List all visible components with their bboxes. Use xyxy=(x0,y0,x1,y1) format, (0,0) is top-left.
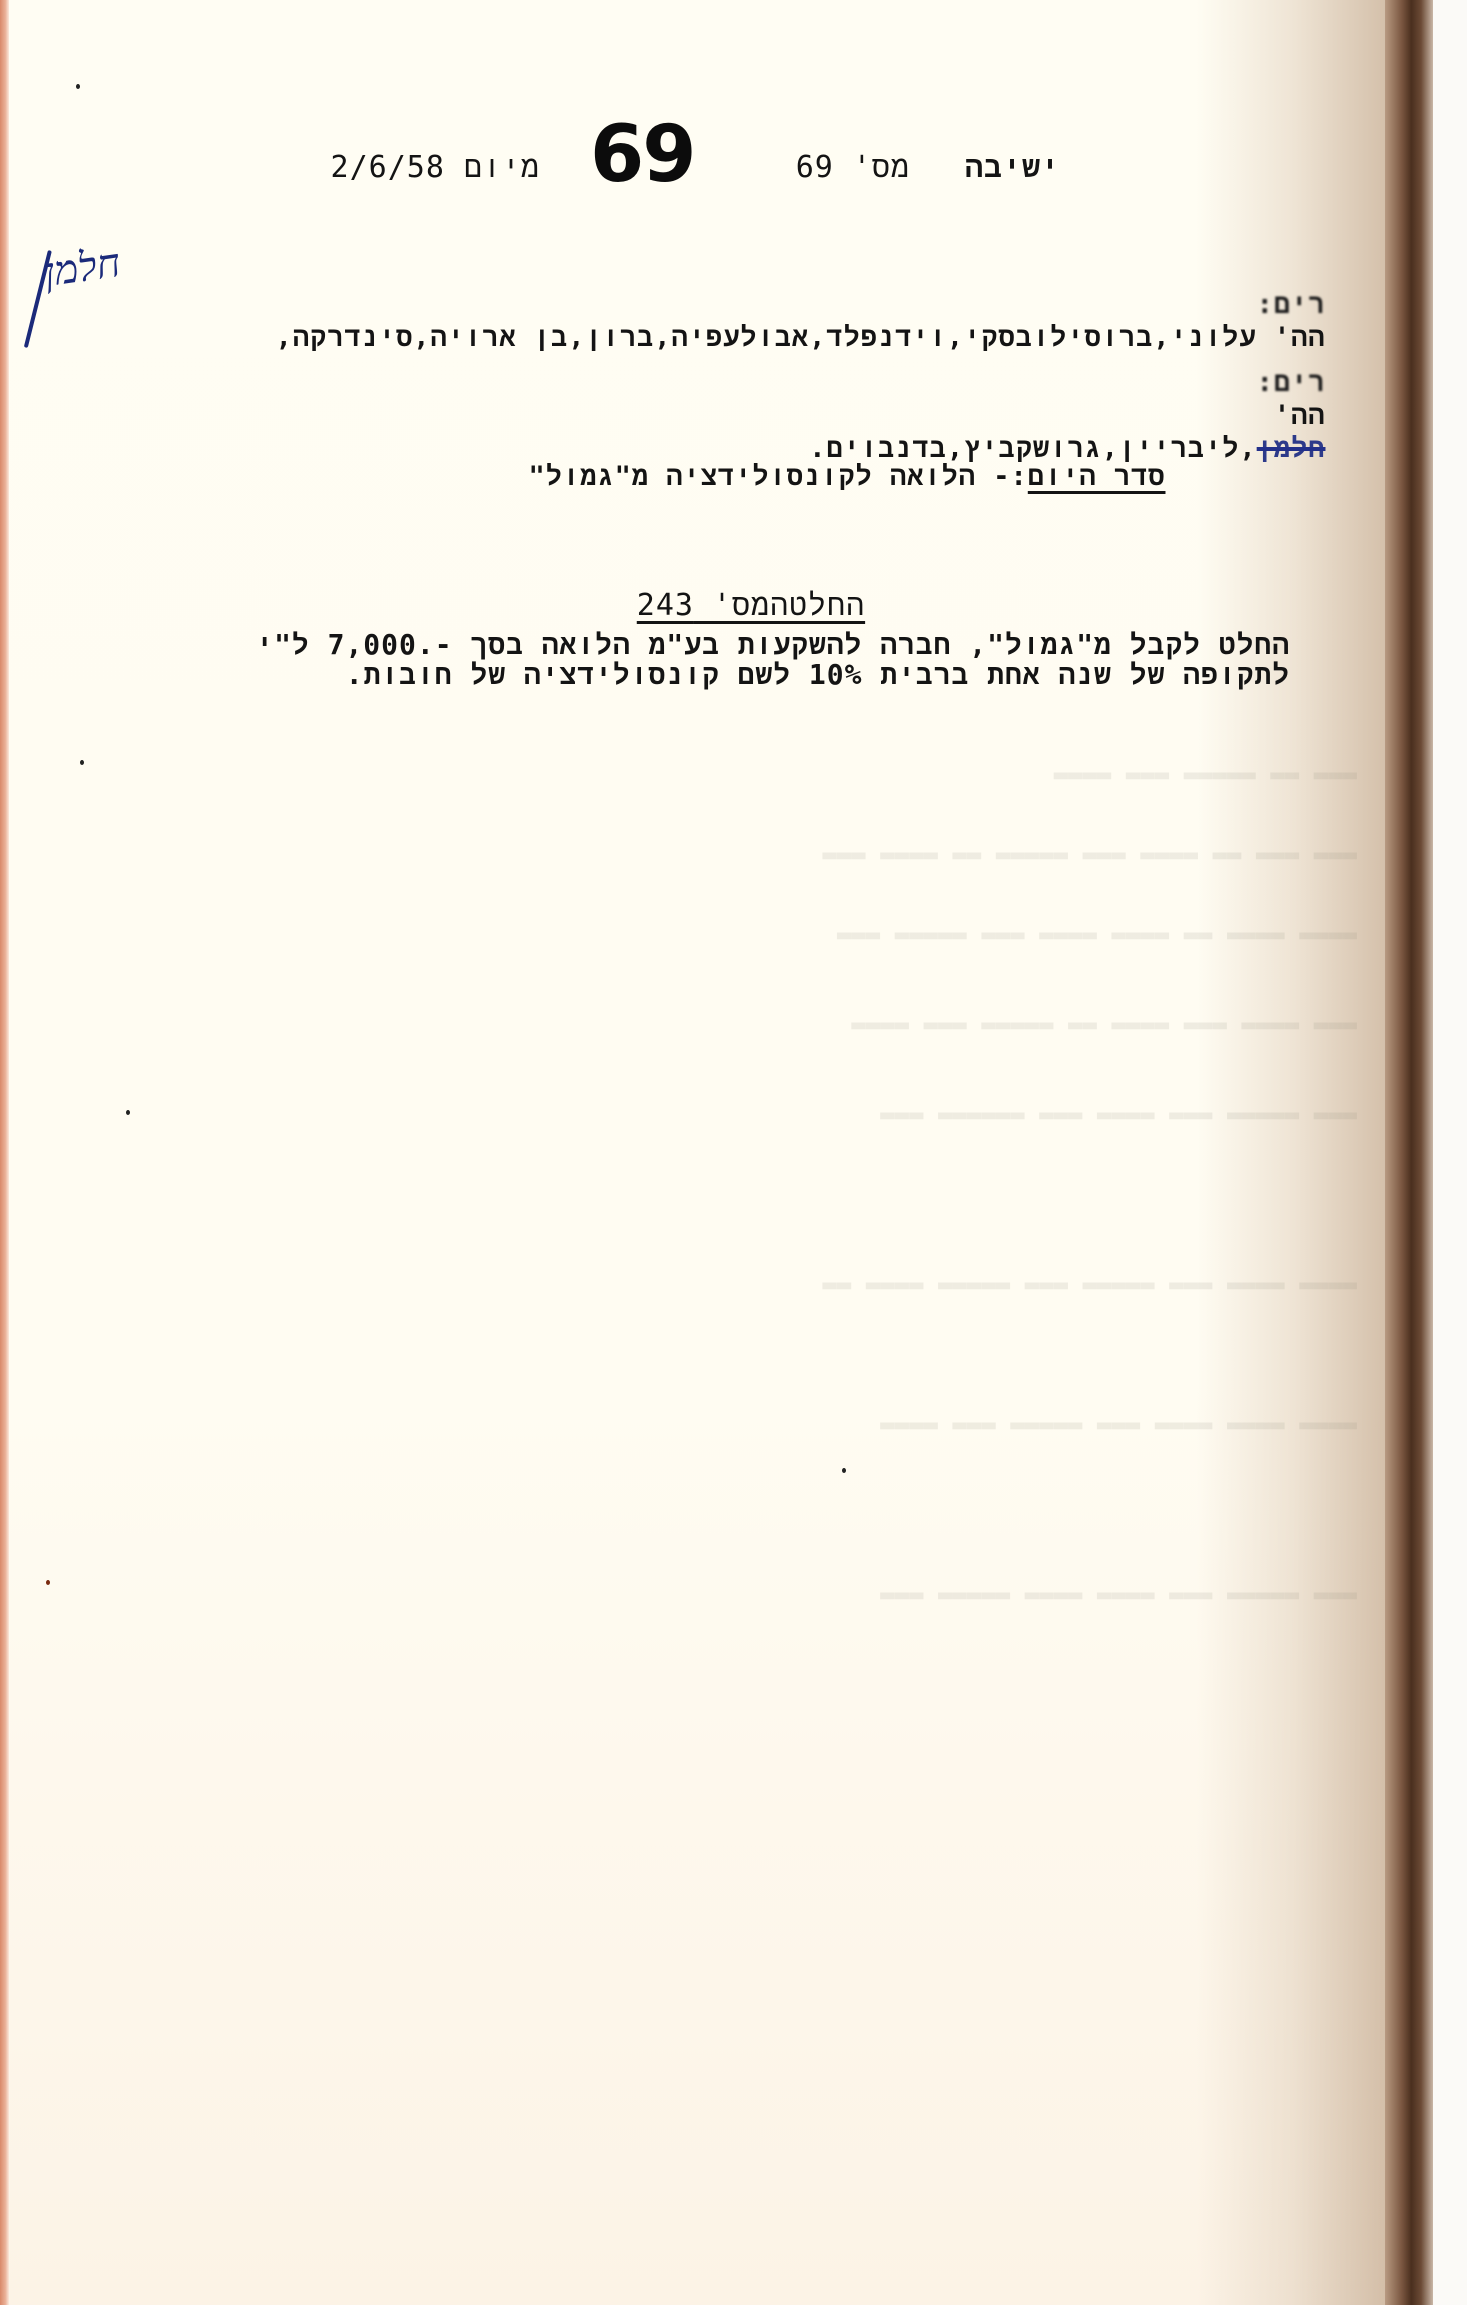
absent-prefix: הה' xyxy=(1274,400,1326,431)
bleed-through-text: ▬▬▬▬ ▬▬▬▬ ▬▬ ▬▬▬▬ ▬▬▬▬ ▬▬▬ ▬▬▬▬▬ ▬▬▬ xyxy=(837,920,1357,948)
meeting-label: ישיבה xyxy=(900,150,1060,187)
scan-left-edge xyxy=(0,0,9,2305)
bleed-through-text: ▬▬▬▬ ▬▬▬▬ ▬▬▬ ▬▬▬▬▬ ▬▬▬ ▬▬▬▬▬ ▬▬▬▬ ▬▬ xyxy=(822,1270,1357,1298)
struck-out-name: חלמן xyxy=(1257,433,1326,464)
agenda-separator: :- xyxy=(976,461,1028,492)
bleed-through-text: ▬▬▬ ▬▬▬▬ ▬▬▬ ▬▬▬▬ ▬▬ ▬▬▬▬▬ ▬▬▬ ▬▬▬▬ xyxy=(851,1010,1357,1038)
bleed-through-text: ▬▬▬ ▬▬ ▬▬▬▬▬ ▬▬▬ ▬▬▬▬ xyxy=(1054,760,1357,788)
resolution-title-text: החלטהמס' 243 xyxy=(637,588,865,623)
resolution-body-line: החלט לקבל מ"גמול", חברה להשקעות בע"מ הלו… xyxy=(140,630,1290,660)
agenda-line: סדר היום:- הלואה לקונסולידציה מ"גמול" xyxy=(440,430,1200,494)
bleed-through-text: ▬▬▬ ▬▬▬ ▬▬ ▬▬▬▬ ▬▬▬ ▬▬▬▬▬ ▬▬ ▬▬▬▬ ▬▬▬ xyxy=(822,840,1357,868)
ink-speck xyxy=(80,760,84,765)
ink-speck xyxy=(126,1110,130,1115)
ink-speck xyxy=(46,1580,50,1585)
ink-speck xyxy=(842,1468,846,1473)
present-label: רים: xyxy=(1257,289,1326,322)
bleed-through-text: ▬▬▬▬ ▬▬▬▬ ▬▬▬▬ ▬▬▬ ▬▬▬▬▬ ▬▬▬ ▬▬▬▬ xyxy=(880,1410,1357,1438)
meeting-date: מיום 2/6/58 xyxy=(300,150,540,187)
scan-right-margin xyxy=(1433,0,1467,2305)
bleed-through-text: ▬▬▬ ▬▬▬▬▬ ▬▬▬ ▬▬▬▬ ▬▬▬▬ ▬▬▬▬▬ ▬▬▬ xyxy=(880,1580,1357,1608)
binding-shadow xyxy=(1385,0,1433,2305)
resolution-body: החלט לקבל מ"גמול", חברה להשקעות בע"מ הלו… xyxy=(140,630,1290,690)
agenda-label: סדר היום xyxy=(1028,461,1166,492)
agenda-text: הלואה לקונסולידציה מ"גמול" xyxy=(529,461,976,492)
bleed-through-text: ▬▬▬ ▬▬▬▬▬ ▬▬▬ ▬▬▬▬ ▬▬▬ ▬▬▬▬▬▬ ▬▬▬ xyxy=(880,1100,1357,1128)
resolution-title: החלטהמס' 243 xyxy=(600,553,940,625)
resolution-body-line: לתקופה של שנה אחת ברבית 10% לשם קונסוליד… xyxy=(140,660,1290,690)
ink-speck xyxy=(76,84,80,89)
absent-label: רים: xyxy=(1257,367,1326,400)
meeting-number: מס' 69 xyxy=(780,150,910,187)
page-stamp-number: 69 xyxy=(590,110,695,200)
